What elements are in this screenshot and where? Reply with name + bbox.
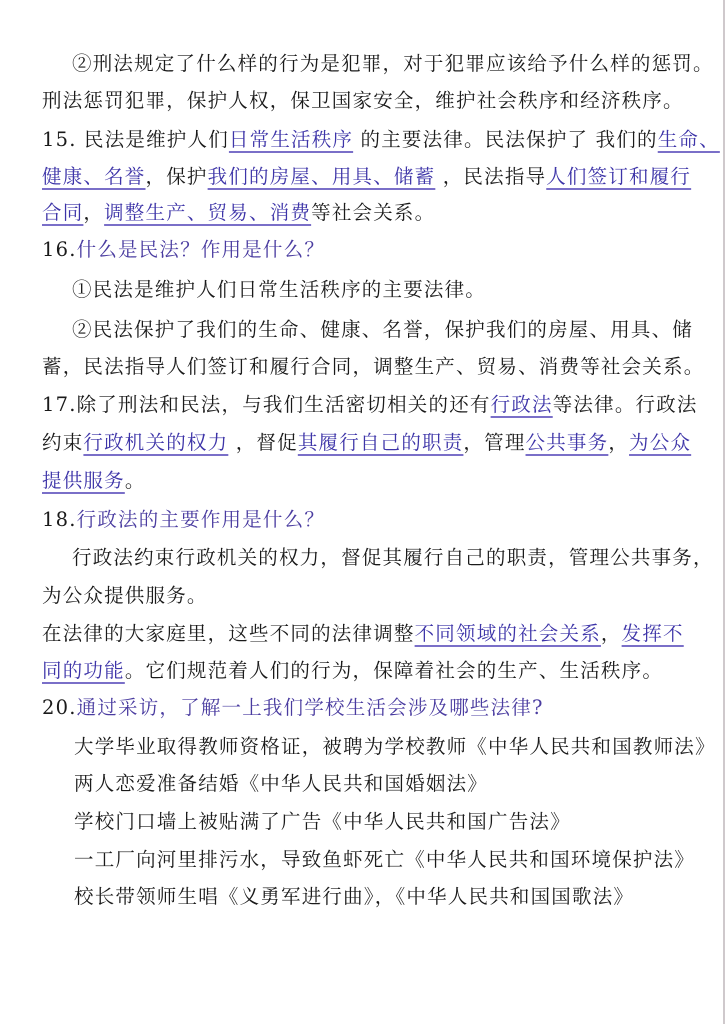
q17-answer-admin-law: 行政法 — [491, 393, 553, 416]
q20-item-anthem-law: 校长带领师生唱《义勇军进行曲》，《中华人民共和国国歌法》 — [74, 884, 634, 910]
p19-line-1: 在法律的大家庭里，这些不同的法律调整不同领域的社会关系，发挥不 — [42, 621, 684, 647]
p19-line-2: 同的功能。它们规范着人们的行为，保障着社会的生产、生活秩序。 — [42, 658, 663, 684]
q16-number: 16. — [42, 238, 77, 261]
q16-heading: 16.什么是民法？作用是什么？ — [42, 237, 325, 263]
q20-item-teacher-law: 大学毕业取得教师资格证，被聘为学校教师《中华人民共和国教师法》 — [74, 734, 716, 760]
q17-answer-serve-public: 为公众 — [629, 431, 691, 454]
q17-text: 约束 — [42, 431, 83, 454]
q15-answer-daily-order: 日常生活秩序 — [229, 128, 353, 151]
q17-text: ，管理 — [463, 431, 525, 454]
paragraph-criminal-law-2: ②刑法规定了什么样的行为是犯罪，对于犯罪应该给予什么样的惩罚。 — [72, 51, 714, 77]
p19-text: ， — [601, 622, 622, 645]
q15-text: ，民法指导 — [435, 165, 546, 188]
q16-answer-2: ②民法保护了我们的生命、健康、名誉，保护我们的房屋、用具、储 — [72, 317, 693, 343]
q17-line-2: 约束行政机关的权力 ，督促其履行自己的职责，管理公共事务，为公众 — [42, 430, 691, 456]
q18-answer-cont: 为公众提供服务。 — [42, 583, 208, 609]
paragraph-criminal-law-purpose: 刑法惩罚犯罪，保护人权，保卫国家安全，维护社会秩序和经济秩序。 — [42, 88, 684, 114]
q16-answer-1: ①民法是维护人们日常生活秩序的主要法律。 — [72, 277, 486, 303]
q17-answer-power: 行政机关的权力 — [83, 431, 228, 454]
q18-heading: 18.行政法的主要作用是什么？ — [42, 507, 325, 533]
q20-item-advertising-law: 学校门口墙上被贴满了广告《中华人民共和国广告法》 — [74, 809, 571, 835]
q15-answer-property: 我们的房屋、用具、储蓄 — [208, 165, 436, 188]
q20-heading: 20.通过采访，了解一上我们学校生活会涉及哪些法律? — [42, 695, 544, 721]
q17-text: ， — [608, 431, 629, 454]
q20-item-environmental-law: 一工厂向河里排污水，导致鱼虾死亡《中华人民共和国环境保护法》 — [74, 847, 695, 873]
q17-text: 。 — [125, 469, 146, 492]
q20-item-marriage-law: 两人恋爱准备结婚《中华人民共和国婚姻法》 — [74, 771, 488, 797]
q18-number: 18. — [42, 508, 77, 531]
q18-answer: 行政法约束行政机关的权力，督促其履行自己的职责，管理公共事务， — [72, 545, 714, 571]
q17-line-1: 17.除了刑法和民法，与我们生活密切相关的还有行政法等法律。行政法 — [42, 392, 698, 418]
q15-answer-contract-cont: 合同 — [42, 201, 83, 224]
q15-answer-contract: 人们签订和履行 — [546, 165, 691, 188]
q15-answer-adjust: 调整生产、贸易、消费 — [104, 201, 311, 224]
q15-answer-health: 健康、名誉 — [42, 165, 146, 188]
q15-line-1: 15. 民法是维护人们日常生活秩序 的主要法律。民法保护了 我们的生命、 — [42, 127, 720, 153]
p19-text: 。它们规范着人们的行为，保障着社会的生产、生活秩序。 — [125, 659, 663, 682]
q17-text: 等法律。行政法 — [553, 393, 698, 416]
document-page: ②刑法规定了什么样的行为是犯罪，对于犯罪应该给予什么样的惩罚。 刑法惩罚犯罪，保… — [0, 0, 725, 1024]
q15-text: ， — [83, 201, 104, 224]
p19-answer-functions-cont: 同的功能 — [42, 659, 125, 682]
q20-question: 通过采访，了解一上我们学校生活会涉及哪些法律? — [77, 696, 544, 719]
q15-text: 的主要法律。民法保护了 我们的 — [353, 128, 658, 151]
q15-text: ，保护 — [146, 165, 208, 188]
q15-text: 等社会关系。 — [311, 201, 435, 224]
p19-answer-functions: 发挥不 — [622, 622, 684, 645]
q15-line-2: 健康、名誉，保护我们的房屋、用具、储蓄 ，民法指导人们签订和履行 — [42, 164, 691, 190]
q15-text: 15. 民法是维护人们 — [42, 128, 229, 151]
q15-answer-life: 生命、 — [658, 128, 720, 151]
q17-answer-duty: 其履行自己的职责 — [298, 431, 464, 454]
q16-question: 什么是民法？作用是什么？ — [77, 238, 325, 261]
p19-text: 在法律的大家庭里，这些不同的法律调整 — [42, 622, 415, 645]
q17-answer-public-affairs: 公共事务 — [526, 431, 609, 454]
p19-answer-social-relations: 不同领域的社会关系 — [415, 622, 601, 645]
q17-answer-serve-public-cont: 提供服务 — [42, 469, 125, 492]
q15-line-3: 合同，调整生产、贸易、消费等社会关系。 — [42, 200, 435, 226]
q17-line-3: 提供服务。 — [42, 468, 146, 494]
q16-answer-2-cont: 蓄，民法指导人们签订和履行合同，调整生产、贸易、消费等社会关系。 — [42, 354, 704, 380]
q18-question: 行政法的主要作用是什么？ — [77, 508, 325, 531]
q17-text: ，督促 — [228, 431, 298, 454]
q20-number: 20. — [42, 696, 77, 719]
q17-text: 17.除了刑法和民法，与我们生活密切相关的还有 — [42, 393, 491, 416]
